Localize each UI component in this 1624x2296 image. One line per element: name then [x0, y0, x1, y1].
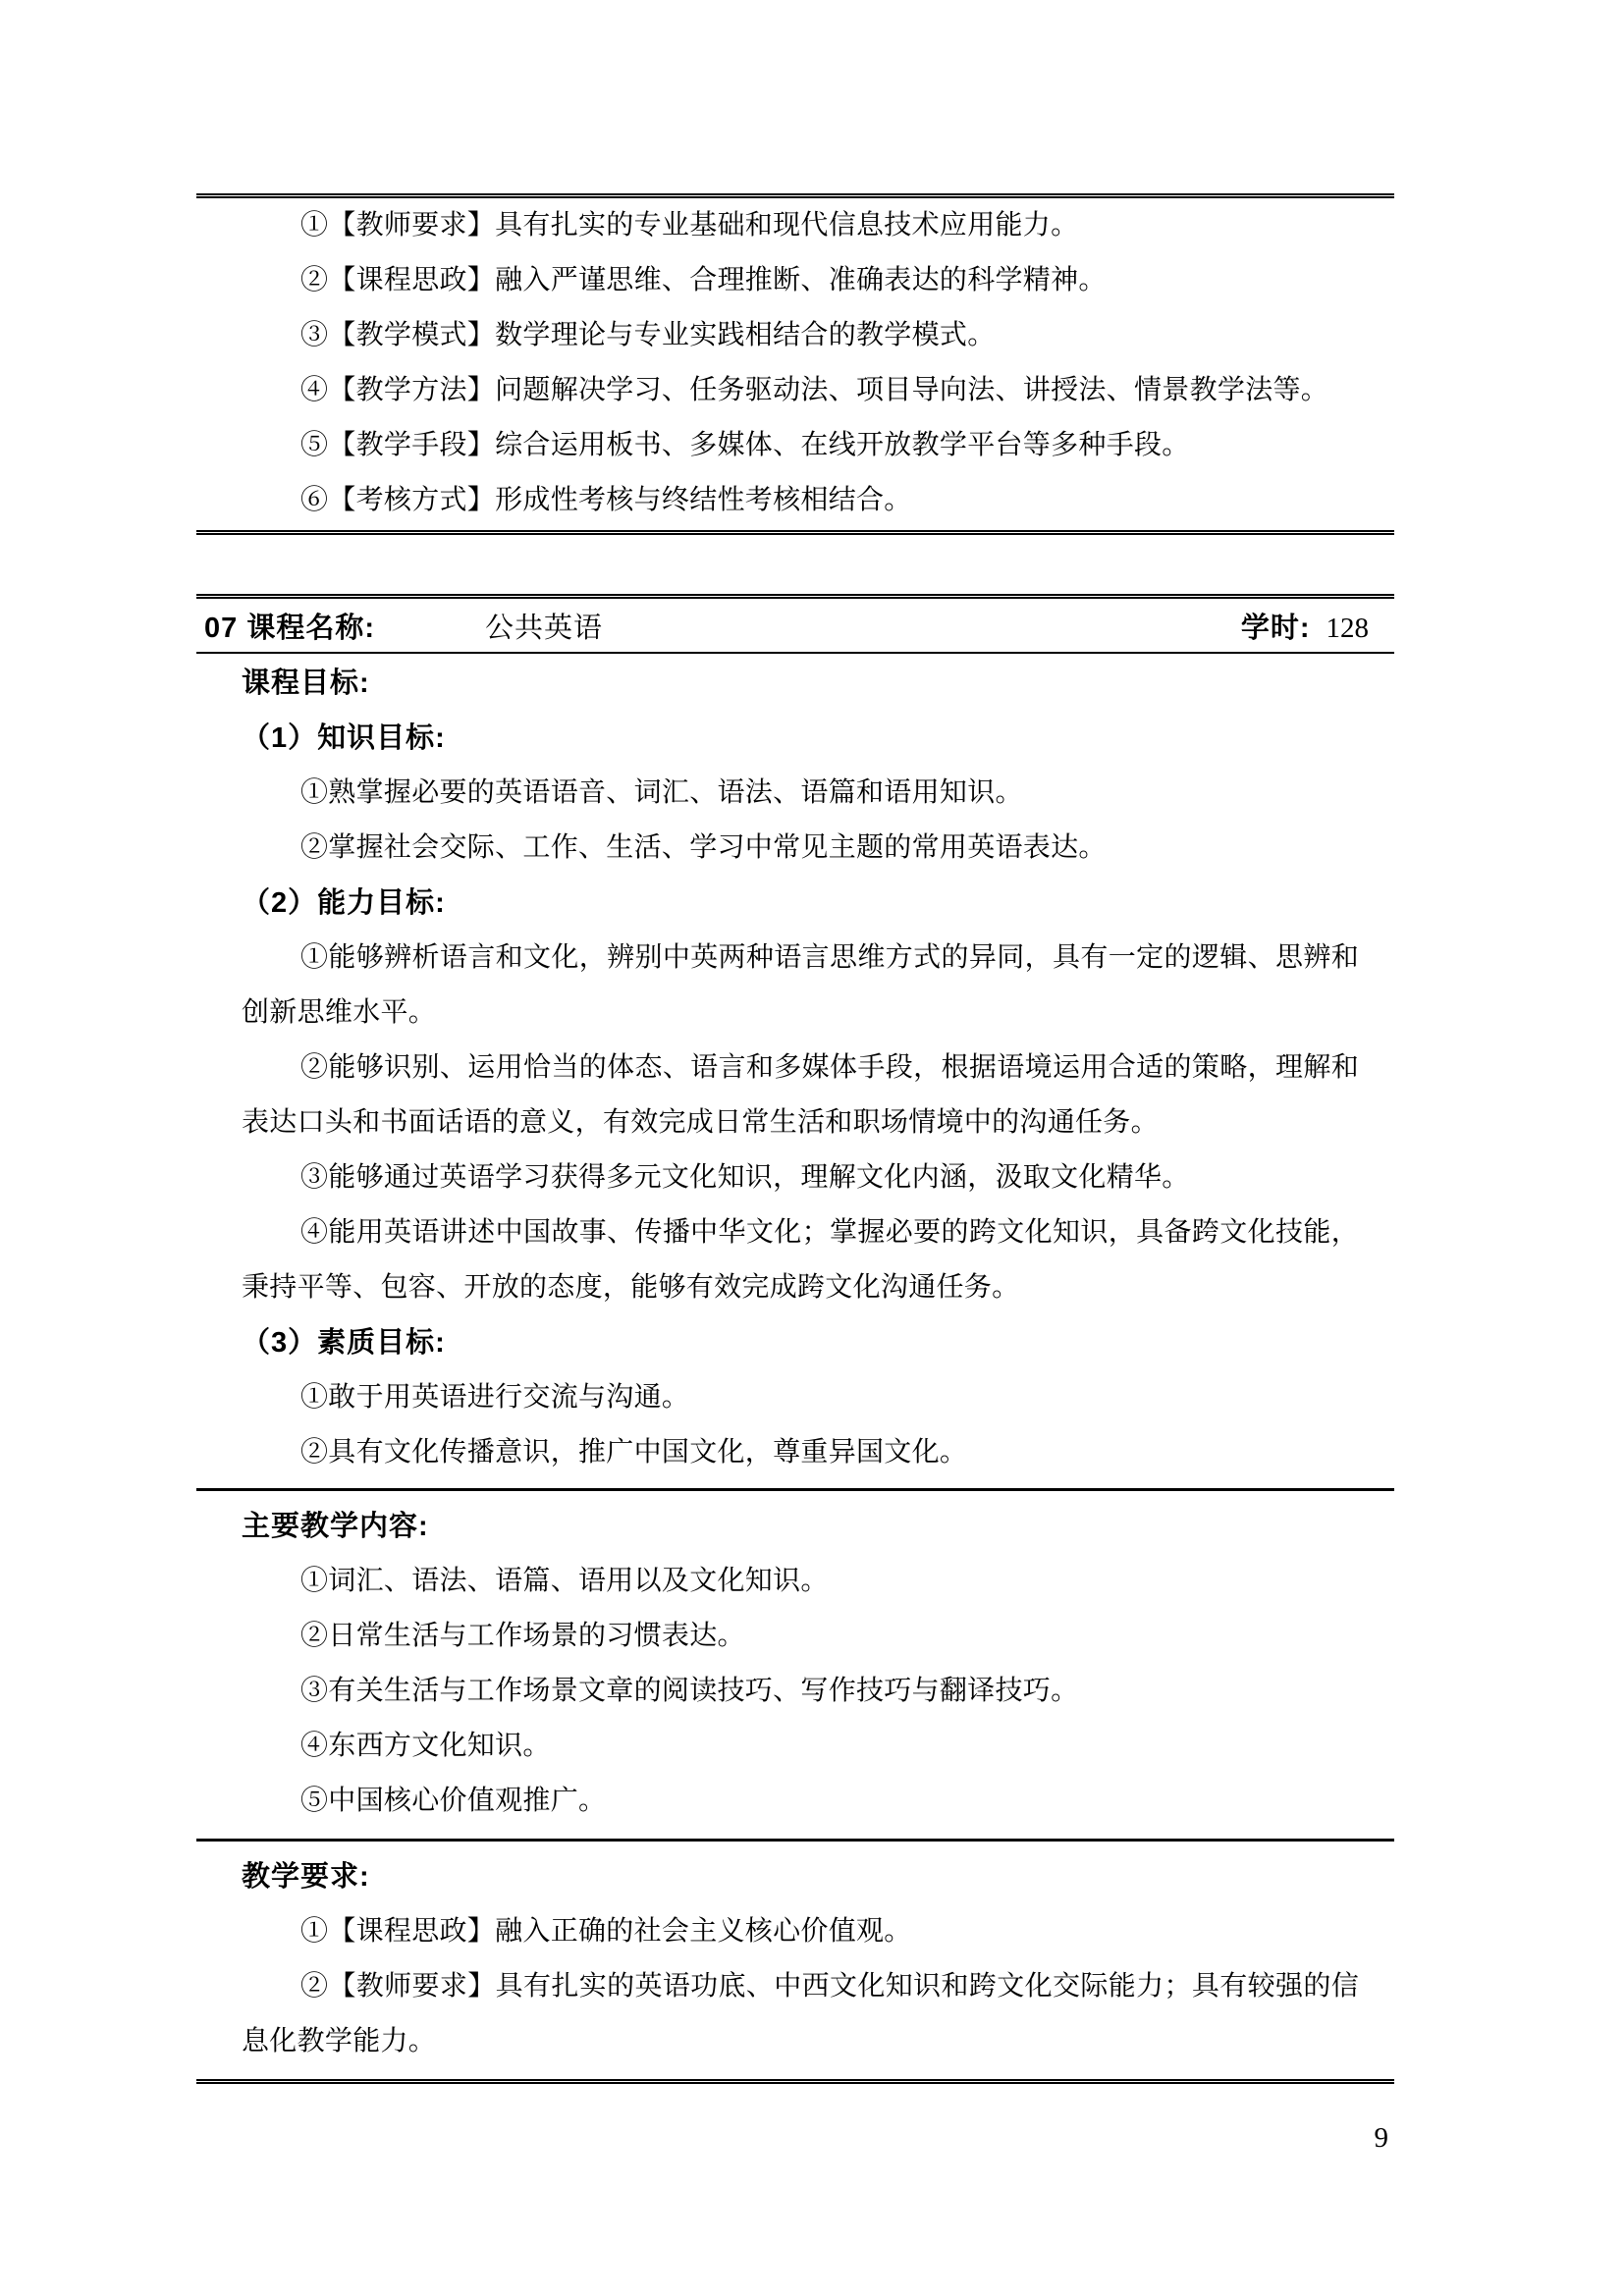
teaching-requirement-item: ①【教师要求】具有扎实的专业基础和现代信息技术应用能力。	[242, 198, 1359, 253]
teaching-requirements-row: 教学要求: ①【课程思政】融入正确的社会主义核心价值观。 ②【教师要求】具有扎实…	[196, 1842, 1394, 2079]
teaching-content-item: ①词汇、语法、语篇、语用以及文化知识。	[242, 1554, 1359, 1609]
ability-objective-item: ①能够辨析语言和文化，辨别中英两种语言思维方式的异同，具有一定的逻辑、思辨和创新…	[242, 931, 1359, 1041]
course-header-left: 07 课程名称:公共英语	[204, 606, 603, 646]
knowledge-objectives-heading: （1）知识目标:	[242, 711, 1359, 766]
course-header-right: 学时:128	[1241, 606, 1369, 646]
previous-course-section: ①【教师要求】具有扎实的专业基础和现代信息技术应用能力。 ②【课程思政】融入严谨…	[196, 193, 1394, 535]
teaching-content-item: ②日常生活与工作场景的习惯表达。	[242, 1609, 1359, 1664]
course-index-label: 07 课程名称:	[204, 613, 375, 644]
teaching-requirement-item: ⑤【教学手段】综合运用板书、多媒体、在线开放教学平台等多种手段。	[242, 418, 1359, 473]
course-name: 公共英语	[485, 613, 603, 644]
teaching-requirement-item: ⑥【考核方式】形成性考核与终结性考核相结合。	[242, 473, 1359, 528]
hours-value: 128	[1326, 613, 1370, 644]
quality-objective-item: ①敢于用英语进行交流与沟通。	[242, 1370, 1359, 1425]
teaching-content-item: ④东西方文化知识。	[242, 1719, 1359, 1774]
ability-objectives-heading: （2）能力目标:	[242, 876, 1359, 931]
teaching-content-row: 主要教学内容: ①词汇、语法、语篇、语用以及文化知识。 ②日常生活与工作场景的习…	[196, 1491, 1394, 1842]
knowledge-objective-item: ①熟掌握必要的英语语音、词汇、语法、语篇和语用知识。	[242, 766, 1359, 821]
quality-objective-item: ②具有文化传播意识，推广中国文化，尊重异国文化。	[242, 1425, 1359, 1480]
hours-label: 学时:	[1241, 613, 1311, 644]
course-objectives-row: 课程目标: （1）知识目标: ①熟掌握必要的英语语音、词汇、语法、语篇和语用知识…	[196, 654, 1394, 1491]
page-number: 9	[196, 2118, 1388, 2158]
teaching-requirements-heading: 教学要求:	[242, 1849, 1359, 1904]
teaching-content-item: ③有关生活与工作场景文章的阅读技巧、写作技巧与翻译技巧。	[242, 1664, 1359, 1719]
teaching-content-item: ⑤中国核心价值观推广。	[242, 1774, 1359, 1829]
course-07-section: 07 课程名称:公共英语 学时:128 课程目标: （1）知识目标: ①熟掌握必…	[196, 594, 1394, 2084]
course-header-row: 07 课程名称:公共英语 学时:128	[196, 599, 1394, 654]
document-page: ①【教师要求】具有扎实的专业基础和现代信息技术应用能力。 ②【课程思政】融入严谨…	[0, 0, 1624, 2296]
teaching-requirement-item: ④【教学方法】问题解决学习、任务驱动法、项目导向法、讲授法、情景教学法等。	[242, 363, 1359, 418]
objectives-heading: 课程目标:	[242, 656, 1359, 711]
ability-objective-item: ③能够通过英语学习获得多元文化知识，理解文化内涵，汲取文化精华。	[242, 1150, 1359, 1205]
teaching-requirement-item: ②【课程思政】融入严谨思维、合理推断、准确表达的科学精神。	[242, 253, 1359, 308]
document-content: ①【教师要求】具有扎实的专业基础和现代信息技术应用能力。 ②【课程思政】融入严谨…	[196, 193, 1394, 2084]
teaching-content-heading: 主要教学内容:	[242, 1499, 1359, 1554]
teaching-requirements-item: ①【课程思政】融入正确的社会主义核心价值观。	[242, 1904, 1359, 1959]
ability-objective-item: ④能用英语讲述中国故事、传播中华文化；掌握必要的跨文化知识，具备跨文化技能，秉持…	[242, 1205, 1359, 1315]
ability-objective-item: ②能够识别、运用恰当的体态、语言和多媒体手段，根据语境运用合适的策略，理解和表达…	[242, 1041, 1359, 1150]
teaching-requirement-item: ③【教学模式】数学理论与专业实践相结合的教学模式。	[242, 308, 1359, 363]
teaching-requirements-item: ②【教师要求】具有扎实的英语功底、中西文化知识和跨文化交际能力；具有较强的信息化…	[242, 1959, 1359, 2069]
quality-objectives-heading: （3）素质目标:	[242, 1315, 1359, 1370]
knowledge-objective-item: ②掌握社会交际、工作、生活、学习中常见主题的常用英语表达。	[242, 821, 1359, 876]
